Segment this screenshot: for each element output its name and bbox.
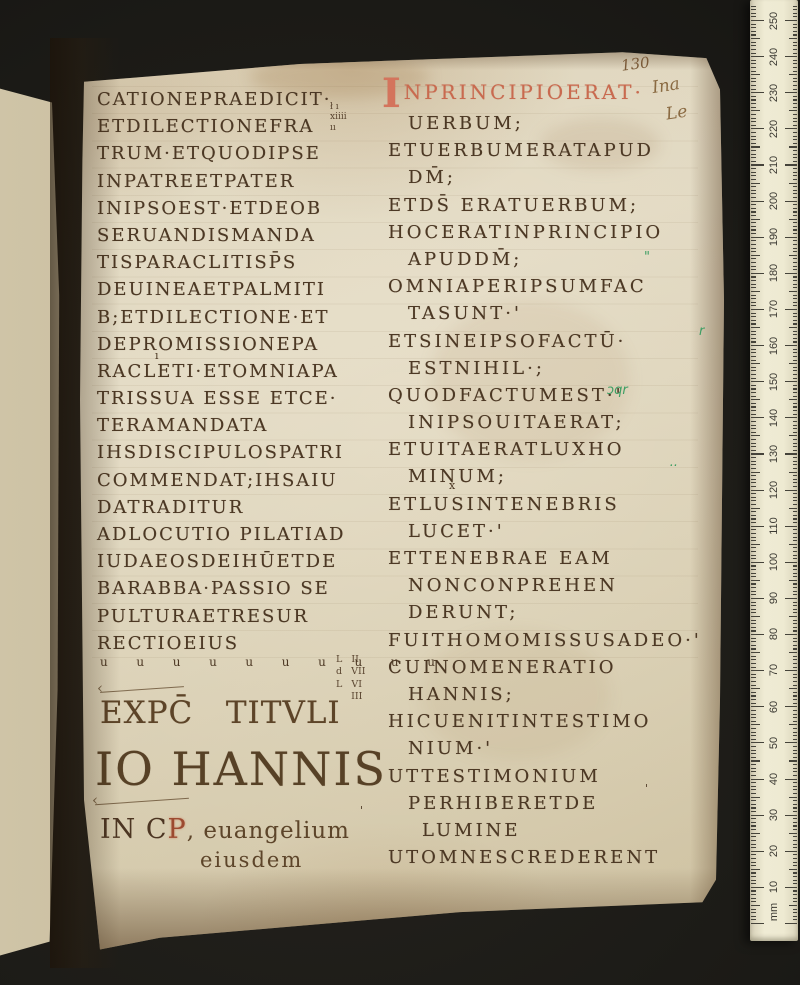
- ruler-tick: [751, 818, 756, 819]
- ruler-tick: [793, 284, 797, 285]
- ruler-tick: [793, 266, 797, 267]
- ruler-tick: [793, 172, 797, 173]
- ruler-tick: [789, 869, 797, 870]
- ruler-tick: [751, 103, 756, 104]
- ruler-tick: [751, 403, 756, 404]
- ruler-tick: [793, 883, 797, 884]
- ruler-tick: [751, 887, 764, 888]
- ruler-tick: [751, 797, 760, 798]
- ruler-tick: [793, 583, 797, 584]
- ruler-tick: [751, 183, 760, 184]
- ruler-tick: [751, 768, 756, 769]
- manuscript-line: ETTENEBRAE EAM: [388, 545, 702, 572]
- ruler-tick: [751, 508, 760, 509]
- ruler-tick: [751, 583, 756, 584]
- manuscript-line: ETUERBUMERATAPUD: [388, 137, 702, 164]
- ruler-label: 140: [768, 409, 780, 427]
- ruler-tick: [751, 544, 760, 545]
- ruler-tick: [793, 175, 797, 176]
- ruler-tick: [751, 847, 756, 848]
- ruler-tick: [785, 128, 797, 129]
- ruler-tick: [751, 298, 756, 299]
- ruler-tick: [793, 912, 797, 913]
- ruler-tick: [793, 421, 797, 422]
- ruler-tick: [793, 551, 797, 552]
- ruler-tick: [785, 923, 797, 924]
- manuscript-line: UTTESTIMONIUM: [388, 763, 702, 790]
- manuscript-line: ESTNIHIL·;: [388, 355, 702, 382]
- ruler-tick: [751, 276, 756, 277]
- ruler-tick: [793, 215, 797, 216]
- ruler-tick: [751, 99, 756, 100]
- ruler-tick: [751, 309, 764, 310]
- ruler-tick: [751, 793, 756, 794]
- ruler-tick: [785, 634, 797, 635]
- ruler-tick: [751, 627, 756, 628]
- ruler-tick: [793, 612, 797, 613]
- ruler-tick: [751, 786, 756, 787]
- ruler-tick: [751, 287, 756, 288]
- ruler-tick: [751, 186, 756, 187]
- ruler-tick: [751, 641, 756, 642]
- ruler-tick: [793, 331, 797, 332]
- incipit-line: IN CP, euangelium: [100, 814, 350, 845]
- ruler-tick: [751, 313, 756, 314]
- ruler-tick: [751, 31, 756, 32]
- ruler-tick: [751, 815, 764, 816]
- ruler-tick: [751, 161, 756, 162]
- ruler-tick: [751, 667, 756, 668]
- ruler-tick: [751, 229, 756, 230]
- ruler-tick: [793, 118, 797, 119]
- ruler-tick: [751, 500, 756, 501]
- ruler-tick: [793, 573, 797, 574]
- manuscript-line: QUODFACTUMEST·': [388, 382, 702, 409]
- ruler-tick: [793, 406, 797, 407]
- ruler-tick: [793, 919, 797, 920]
- ruler-tick: [751, 125, 756, 126]
- ruler-tick: [751, 60, 756, 61]
- ruler-tick: [793, 565, 797, 566]
- ruler-tick: [793, 771, 797, 772]
- ruler-tick: [793, 125, 797, 126]
- ruler-tick: [793, 862, 797, 863]
- ruler-tick: [793, 504, 797, 505]
- ruler-tick: [751, 681, 756, 682]
- ruler-tick: [751, 89, 756, 90]
- ruler-tick: [751, 616, 760, 617]
- ruler-tick: [793, 27, 797, 28]
- manuscript-line: INPATREETPATER: [97, 168, 345, 195]
- ruler-tick: [751, 237, 764, 238]
- ruler-tick: [751, 27, 756, 28]
- ruler-tick: [789, 146, 797, 147]
- ruler-tick: [751, 78, 756, 79]
- ruler-tick: [751, 443, 756, 444]
- ruler-tick: [793, 403, 797, 404]
- ruler-tick: [751, 692, 756, 693]
- ruler-tick: [751, 490, 764, 491]
- manuscript-line: OMNIAPERIPSUMFAC: [388, 273, 702, 300]
- ruler-tick: [793, 186, 797, 187]
- ruler-label: 110: [768, 517, 780, 535]
- ruler-tick: [751, 602, 756, 603]
- ruler-tick: [751, 13, 756, 14]
- ruler-tick: [785, 164, 797, 165]
- ruler-tick: [751, 620, 756, 621]
- ruler-tick: [751, 139, 756, 140]
- ruler-tick: [751, 883, 756, 884]
- ruler-tick: [751, 742, 764, 743]
- ruler-tick: [751, 63, 756, 64]
- ruler-tick: [793, 320, 797, 321]
- ruler-tick: [793, 865, 797, 866]
- ruler-tick: [793, 648, 797, 649]
- ruler-tick: [793, 497, 797, 498]
- ruler-tick: [751, 916, 756, 917]
- ruler-tick: [751, 341, 756, 342]
- ruler-tick: [751, 858, 756, 859]
- ruler-tick: [785, 273, 797, 274]
- ruler-tick: [793, 482, 797, 483]
- ruler-tick: [793, 251, 797, 252]
- ruler-tick: [751, 475, 756, 476]
- ruler-tick: [793, 81, 797, 82]
- ruler-tick: [793, 248, 797, 249]
- ruler-tick: [785, 345, 797, 346]
- ruler-tick: [751, 515, 756, 516]
- ruler-tick: [751, 432, 756, 433]
- ruler-tick: [751, 565, 756, 566]
- ruler-tick: [793, 623, 797, 624]
- ruler-tick: [751, 193, 756, 194]
- ruler-tick: [793, 858, 797, 859]
- ruler-tick: [793, 67, 797, 68]
- ruler-tick: [751, 869, 760, 870]
- ruler-tick: [789, 363, 797, 364]
- ruler-tick: [789, 544, 797, 545]
- ruler-tick: [751, 493, 756, 494]
- browned-bottom-edge: [60, 868, 740, 953]
- ruler-tick: [751, 656, 756, 657]
- ruler-label: 10: [768, 881, 780, 893]
- ruler-tick: [751, 248, 756, 249]
- ruler-tick: [793, 555, 797, 556]
- ruler-tick: [793, 13, 797, 14]
- ruler-tick: [793, 898, 797, 899]
- ruler-tick: [751, 49, 756, 50]
- ruler-tick: [793, 450, 797, 451]
- ruler-tick: [751, 356, 756, 357]
- ruler-tick: [793, 692, 797, 693]
- ruler-tick: [751, 425, 756, 426]
- ruler-tick: [751, 323, 756, 324]
- ruler-tick: [751, 717, 756, 718]
- ruler-label: 160: [768, 337, 780, 355]
- ruler-tick: [793, 370, 797, 371]
- ruler-tick: [751, 179, 756, 180]
- ruler-tick: [793, 829, 797, 830]
- ruler-tick: [751, 392, 756, 393]
- ruler-tick: [793, 63, 797, 64]
- ruler-label-layer: 2502402302202102001901801701601501401301…: [750, 0, 798, 941]
- ruler-tick: [793, 685, 797, 686]
- ruler-tick: [751, 739, 756, 740]
- incipit-red-initial-p: P: [168, 814, 187, 845]
- ruler-tick: [751, 472, 760, 473]
- manuscript-line: ETSINEIPSOFACTŪ·: [388, 328, 702, 355]
- ruler-tick: [751, 453, 764, 454]
- ruler-tick: [751, 529, 756, 530]
- ruler-tick: [793, 229, 797, 230]
- ruler-label: 220: [768, 120, 780, 138]
- manuscript-line: COMMENDAT;IHSAIU: [97, 467, 345, 494]
- ruler: 2502402302202102001901801701601501401301…: [750, 0, 798, 941]
- ruler-tick: [793, 667, 797, 668]
- left-column-text: CATIONEPRAEDICIT·ETDILECTIONEFRATRUM·ETQ…: [97, 86, 345, 657]
- ruler-tick: [751, 38, 760, 39]
- ruler-tick: [751, 771, 756, 772]
- ruler-tick: [793, 537, 797, 538]
- ruler-tick: [793, 739, 797, 740]
- ruler-tick: [751, 735, 756, 736]
- ruler-tick: [751, 905, 760, 906]
- ruler-tick: [793, 786, 797, 787]
- ruler-tick: [793, 316, 797, 317]
- ruler-tick: [793, 103, 797, 104]
- ruler-tick: [751, 811, 756, 812]
- ruler-tick: [751, 363, 760, 364]
- ruler-tick: [751, 569, 756, 570]
- ruler-tick: [793, 313, 797, 314]
- ruler-tick: [793, 793, 797, 794]
- ruler-tick: [793, 367, 797, 368]
- ruler-tick: [793, 468, 797, 469]
- manuscript-line: INIPSOEST·ETDEOB: [97, 195, 345, 222]
- ruler-tick: [793, 208, 797, 209]
- ruler-tick: [793, 323, 797, 324]
- ruler-tick: [751, 114, 756, 115]
- ruler-tick: [751, 435, 760, 436]
- ruler-tick: [793, 276, 797, 277]
- ruler-tick: [751, 468, 756, 469]
- ruler-tick: [789, 74, 797, 75]
- ruler-tick: [793, 89, 797, 90]
- ruler-tick: [793, 392, 797, 393]
- ruler-tick: [751, 244, 756, 245]
- incipit-suffix: , euangelium: [187, 818, 350, 844]
- ruler-label: 230: [768, 84, 780, 102]
- ruler-tick: [751, 446, 756, 447]
- ruler-tick: [751, 594, 756, 595]
- ruler-tick: [751, 760, 760, 761]
- arrow-flourish: [95, 794, 195, 808]
- ruler-tick: [793, 768, 797, 769]
- ruler-tick: [751, 360, 756, 361]
- manuscript-line: FUITHOMOMISSUSADEO·': [388, 627, 702, 654]
- ruler-tick: [793, 789, 797, 790]
- ruler-tick: [793, 226, 797, 227]
- ruler-tick: [751, 670, 764, 671]
- ruler-tick: [751, 482, 756, 483]
- manuscript-line: HOCERATINPRINCIPIO: [388, 219, 702, 246]
- manuscript-line: TISPARACLITISP̄S: [97, 249, 345, 276]
- ruler-tick: [751, 204, 756, 205]
- ruler-label: 190: [768, 228, 780, 246]
- ruler-tick: [751, 421, 756, 422]
- ruler-tick: [751, 721, 756, 722]
- ruler-tick: [751, 211, 756, 212]
- ruler-tick: [793, 16, 797, 17]
- ruler-tick: [751, 414, 756, 415]
- ruler-tick: [751, 638, 756, 639]
- ruler-tick: [793, 157, 797, 158]
- ruler-tick: [793, 540, 797, 541]
- ruler-tick: [789, 219, 797, 220]
- ruler-tick: [789, 652, 797, 653]
- ruler-tick: [793, 663, 797, 664]
- manuscript-line: DEPROMISSIONEPA: [97, 331, 345, 358]
- ruler-tick: [751, 34, 756, 35]
- ruler-tick: [793, 620, 797, 621]
- ruler-tick: [793, 356, 797, 357]
- ruler-tick: [751, 370, 756, 371]
- ruler-tick: [751, 526, 764, 527]
- manuscript-line: PULTURAETRESUR: [97, 603, 345, 630]
- ruler-tick: [751, 591, 756, 592]
- ruler-tick: [793, 511, 797, 512]
- ruler-tick: [793, 746, 797, 747]
- ruler-tick: [789, 905, 797, 906]
- manuscript-line: BARABBA·PASSIO SE: [97, 575, 345, 602]
- ruler-tick: [751, 45, 756, 46]
- ruler-tick: [789, 435, 797, 436]
- ruler-tick: [793, 341, 797, 342]
- ruler-tick: [751, 81, 756, 82]
- ruler-tick: [751, 576, 756, 577]
- ruler-tick: [751, 659, 756, 660]
- ruler-tick: [751, 132, 756, 133]
- manuscript-line: UTOMNESCREDERENT: [388, 844, 702, 871]
- ruler-tick: [793, 49, 797, 50]
- ruler-tick: [751, 6, 756, 7]
- ruler-tick: [793, 493, 797, 494]
- ruler-tick: [751, 688, 760, 689]
- ruler-label: 50: [768, 737, 780, 749]
- ruler-tick: [751, 580, 760, 581]
- manuscript-line: B;ETDILECTIONE·ET: [97, 304, 345, 331]
- ruler-tick: [751, 663, 756, 664]
- ruler-tick: [751, 862, 756, 863]
- ruler-tick: [793, 735, 797, 736]
- ruler-tick: [793, 890, 797, 891]
- ruler-tick: [751, 284, 756, 285]
- ruler-unit-label: mm: [768, 903, 780, 921]
- ruler-tick: [751, 703, 756, 704]
- ruler-tick: [751, 894, 756, 895]
- ruler-tick: [793, 764, 797, 765]
- eiusdem-line: eiusdem: [200, 848, 303, 872]
- ruler-tick: [751, 327, 760, 328]
- manuscript-line: HANNIS;: [388, 681, 702, 708]
- ruler-tick: [793, 446, 797, 447]
- ruler-tick: [793, 24, 797, 25]
- manuscript-line: ADLOCUTIO PILATIAD: [97, 521, 345, 548]
- ruler-tick: [751, 146, 760, 147]
- ruler-tick: [793, 414, 797, 415]
- ruler-tick: [751, 190, 756, 191]
- ruler-tick: [751, 295, 756, 296]
- ruler-tick: [789, 255, 797, 256]
- ruler-tick: [751, 71, 756, 72]
- manuscript-line: CATIONEPRAEDICIT·: [97, 86, 345, 113]
- manuscript-line: RECTIOEIUS: [97, 630, 345, 657]
- ruler-tick: [793, 439, 797, 440]
- ruler-tick: [793, 349, 797, 350]
- ruler-tick: [793, 800, 797, 801]
- ruler-tick: [751, 562, 764, 563]
- ruler-tick: [785, 670, 797, 671]
- ruler-tick: [789, 183, 797, 184]
- ruler-tick: [793, 388, 797, 389]
- ruler-tick: [793, 594, 797, 595]
- arrow-flourish: [100, 682, 190, 696]
- manuscript-line: DERUNT;: [388, 599, 702, 626]
- ruler-label: 200: [768, 192, 780, 210]
- ruler-tick: [793, 547, 797, 548]
- manuscript-line: CUINOMENERATIO: [388, 654, 702, 681]
- ruler-tick: [751, 598, 764, 599]
- title-line-iohannis: IO HANNIS: [95, 742, 387, 796]
- ruler-tick: [751, 226, 756, 227]
- ruler-tick: [793, 143, 797, 144]
- ruler-tick: [751, 9, 756, 10]
- manuscript-line: INIPSOUITAERAT;: [388, 409, 702, 436]
- ruler-tick: [793, 587, 797, 588]
- ruler-tick: [751, 909, 756, 910]
- ruler-tick: [789, 724, 797, 725]
- ruler-tick: [793, 139, 797, 140]
- ruler-tick: [751, 757, 756, 758]
- ruler-tick: [751, 573, 756, 574]
- ruler-tick: [751, 547, 756, 548]
- ruler-tick: [793, 515, 797, 516]
- ruler-label: 150: [768, 373, 780, 391]
- ruler-tick: [793, 854, 797, 855]
- ruler-tick: [751, 291, 760, 292]
- ruler-tick: [751, 836, 756, 837]
- ruler-tick: [751, 652, 760, 653]
- manuscript-photo: PRISNISSIT;BRAADIIETEUREEXSIN xpes ł ıxi…: [0, 0, 800, 985]
- ruler-tick: [751, 789, 756, 790]
- ruler-tick: [793, 34, 797, 35]
- ruler-tick: [789, 688, 797, 689]
- ruler-tick: [751, 175, 756, 176]
- manuscript-line: MINUM;: [388, 463, 702, 490]
- manuscript-line: ETDILECTIONEFRA: [97, 113, 345, 140]
- ruler-tick: [793, 53, 797, 54]
- ruler-tick: [751, 85, 756, 86]
- ruler-tick: [793, 825, 797, 826]
- ruler-tick: [751, 396, 756, 397]
- ruler-tick: [793, 6, 797, 7]
- ruler-tick: [785, 56, 797, 57]
- ruler-tick: [793, 753, 797, 754]
- ruler-label: 120: [768, 481, 780, 499]
- ruler-label: 90: [768, 592, 780, 604]
- ruler-tick: [785, 237, 797, 238]
- ruler-tick: [751, 20, 764, 21]
